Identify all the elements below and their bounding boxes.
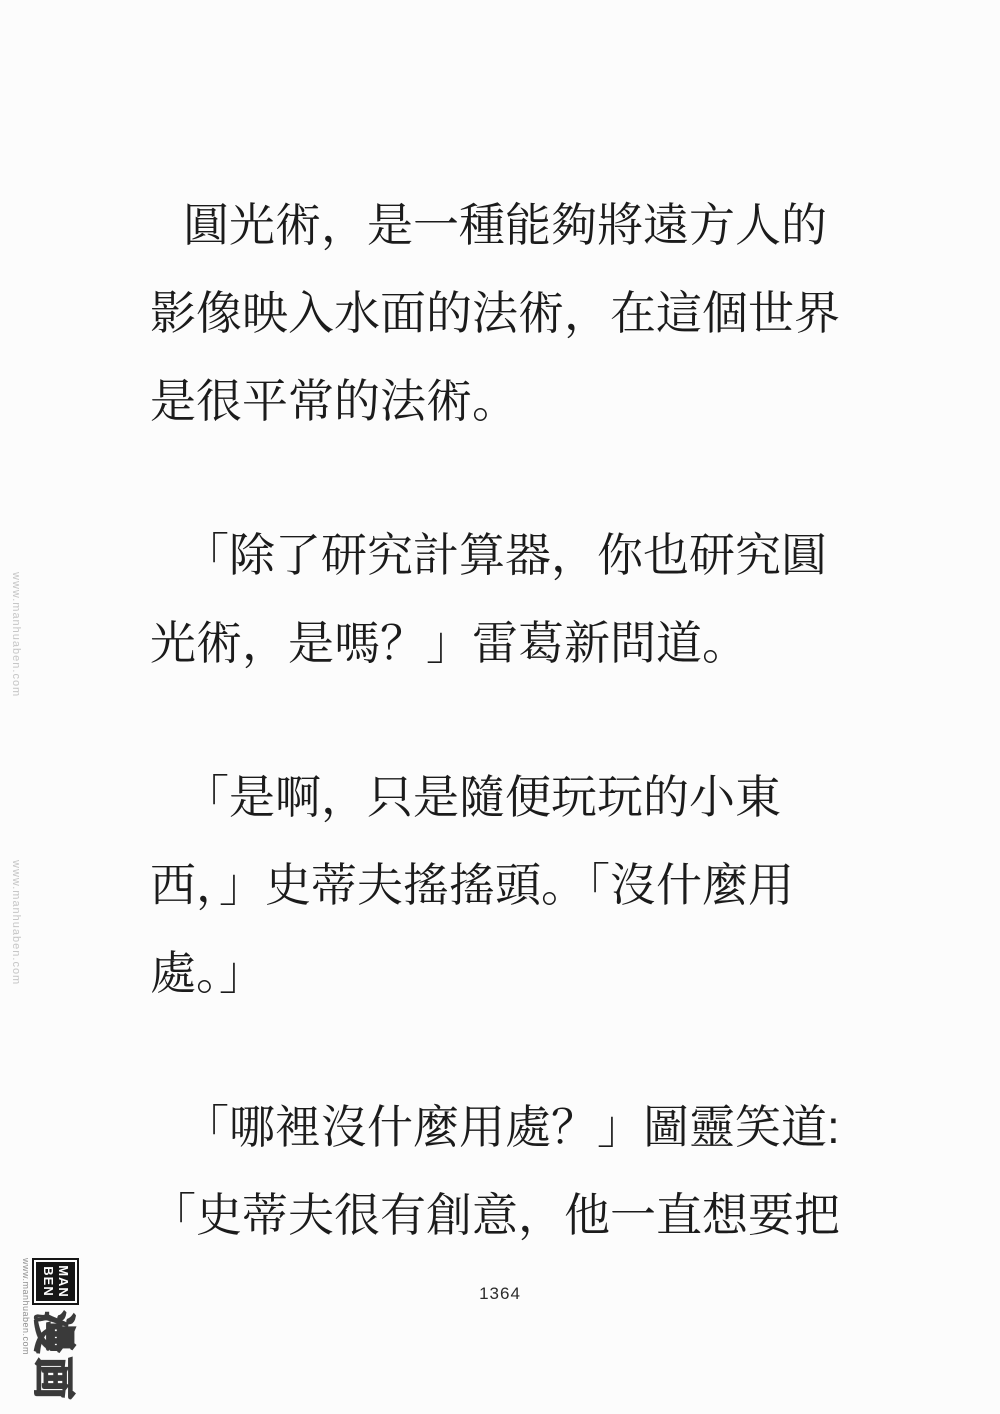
paragraph: 圓光術，是一種能夠將遠方人的影像映入水面的法術，在這個世界是很平常的法術。 [150, 181, 864, 445]
text-content: 圓光術，是一種能夠將遠方人的影像映入水面的法術，在這個世界是很平常的法術。 「除… [150, 181, 864, 1325]
paragraph: 「是啊，只是隨便玩玩的小東西，」史蒂夫搖搖頭。「沒什麼用處。」 [150, 753, 864, 1017]
site-logo-box-text-line2: BEN [41, 1266, 56, 1296]
page-number: 1364 [0, 1284, 1000, 1304]
site-logo: MAN BEN 漫画 www.manhuaben.com [22, 1258, 80, 1410]
paragraph: 「除了研究計算器，你也研究圓光術，是嗎？」雷葛新問道。 [150, 511, 864, 687]
site-logo-row: MAN BEN 漫画 [32, 1258, 80, 1410]
site-logo-characters: 漫画 [26, 1311, 86, 1403]
side-url-watermark-lower: www.manhuaben.com [6, 860, 22, 1010]
side-url-watermark-upper: www.manhuaben.com [6, 572, 22, 722]
site-logo-box-inner: MAN BEN [35, 1260, 78, 1303]
site-logo-box-text-line1: MAN [56, 1265, 71, 1298]
site-logo-box: MAN BEN [33, 1258, 80, 1305]
paragraph: 「哪裡沒什麼用處？」圖靈笑道:「史蒂夫很有創意，他一直想要把 [150, 1083, 864, 1259]
